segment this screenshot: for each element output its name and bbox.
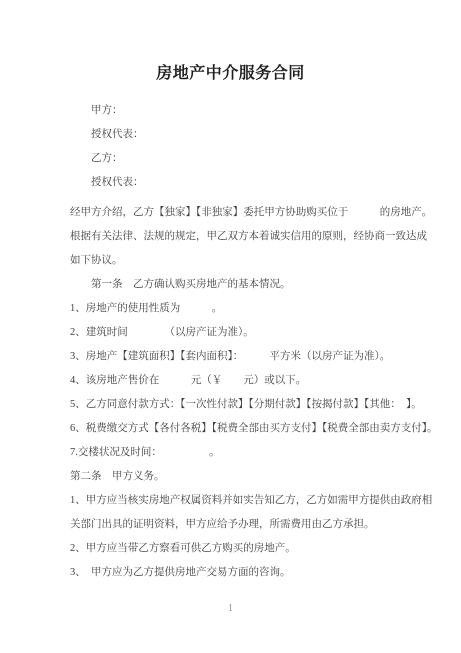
document-title: 房地产中介服务合同 <box>0 62 461 86</box>
article2-item-2: 2、甲方应当带乙方察看可供乙方购买的房地产。 <box>70 537 450 561</box>
intro-line-2: 根据有关法律、法规的规定，甲乙双方本着诚实信用的原则，经协商一致达成 <box>70 225 450 249</box>
article1-item-2: 2、建筑时间 （以房产证为准）。 <box>70 321 450 345</box>
article2-item-1-line-2: 关部门出具的证明资料，甲方应给予办理，所需费用由乙方承担。 <box>70 513 450 537</box>
article1-item-5: 5、乙方同意付款方式：【一次性付款】【分期付款】【按揭付款】【其他： 】。 <box>70 393 450 417</box>
article2-item-1-line-1: 1、甲方应当核实房地产权属资料并如实告知乙方，乙方如需甲方提供由政府相 <box>70 489 450 513</box>
document-page: 房地产中介服务合同 甲方： 授权代表： 乙方： 授权代表： 经甲方介绍，乙方【独… <box>0 0 461 653</box>
article1-item-4: 4、该房地产售价在 元（￥ 元）或以下。 <box>70 369 450 393</box>
party-b-label: 乙方： <box>70 147 450 171</box>
article1-item-3: 3、房地产【建筑面积】【套内面积】： 平方米（以房产证为准）。 <box>70 345 450 369</box>
party-a-representative-label: 授权代表： <box>70 123 450 147</box>
intro-line-3: 如下协议。 <box>70 249 450 273</box>
article2-heading: 第二条 甲方义务。 <box>70 465 450 489</box>
article1-item-7: 7.交楼状况及时间： 。 <box>70 441 450 465</box>
article1-item-6: 6、税费缴交方式【各付各税】【税费全部由买方支付】【税费全部由卖方支付】。 <box>70 417 450 441</box>
article1-heading: 第一条 乙方确认购买房地产的基本情况。 <box>70 273 450 297</box>
article1-item-1: 1、房地产的使用性质为 。 <box>70 297 450 321</box>
intro-line-1: 经甲方介绍，乙方【独家】【非独家】委托甲方协助购买位于 的房地产。 <box>70 201 450 225</box>
party-a-label: 甲方： <box>70 99 450 123</box>
article2-item-3: 3、 甲方应为乙方提供房地产交易方面的咨询。 <box>70 561 450 585</box>
party-b-representative-label: 授权代表： <box>70 171 450 195</box>
page-number: 1 <box>0 600 461 618</box>
document-body: 甲方： 授权代表： 乙方： 授权代表： 经甲方介绍，乙方【独家】【非独家】委托甲… <box>70 99 450 585</box>
